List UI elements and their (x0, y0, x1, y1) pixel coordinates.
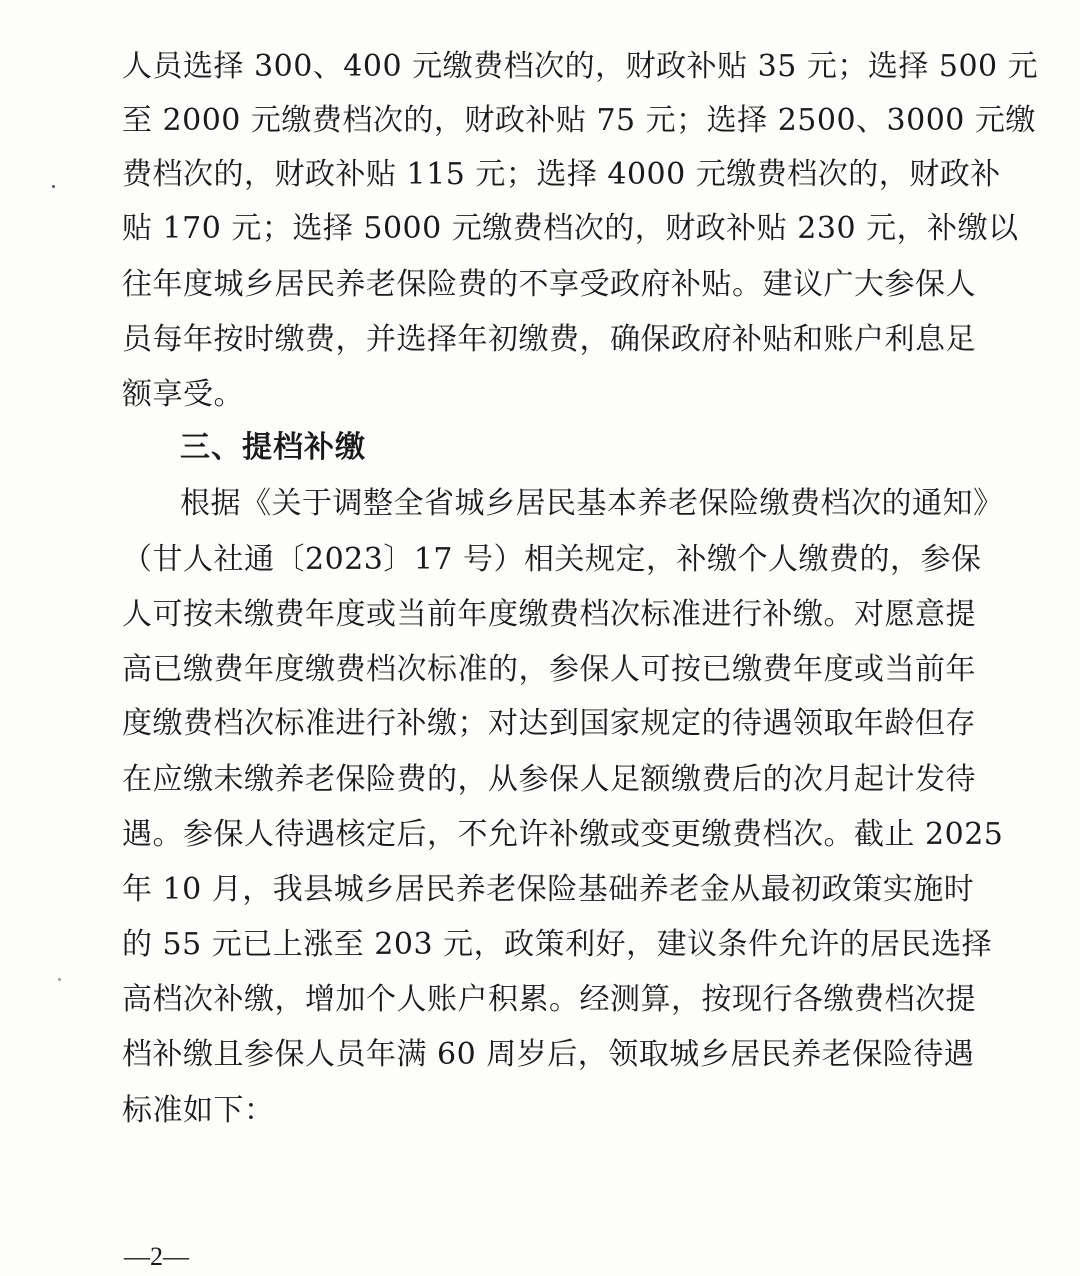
page-number: —2— (124, 1242, 189, 1272)
text-line: 员每年按时缴费，并选择年初缴费，确保政府补贴和账户利息足 (122, 320, 940, 360)
text-line: 的 55 元已上涨至 203 元，政策利好，建议条件允许的居民选择 (122, 925, 940, 965)
text-line: 根据《关于调整全省城乡居民基本养老保险缴费档次的通知》 (180, 484, 940, 524)
text-line: 贴 170 元；选择 5000 元缴费档次的，财政补贴 230 元，补缴以 (122, 209, 940, 249)
text-line: 人可按未缴费年度或当前年度缴费档次标准进行补缴。对愿意提 (122, 595, 940, 635)
text-line: 额享受。 (122, 375, 940, 415)
text-line: 遇。参保人待遇核定后，不允许补缴或变更缴费档次。截止 2025 (122, 815, 940, 855)
text-line: 高档次补缴，增加个人账户积累。经测算，按现行各缴费档次提 (122, 980, 940, 1020)
text-line: 度缴费档次标准进行补缴；对达到国家规定的待遇领取年龄但存 (122, 704, 940, 744)
section-heading: 三、提档补缴 (180, 428, 366, 468)
text-line: 往年度城乡居民养老保险费的不享受政府补贴。建议广大参保人 (122, 265, 940, 305)
text-line: （甘人社通〔2023〕17 号）相关规定，补缴个人缴费的，参保 (122, 540, 940, 580)
text-line: 费档次的，财政补贴 115 元；选择 4000 元缴费档次的，财政补 (122, 155, 940, 195)
text-line: 至 2000 元缴费档次的，财政补贴 75 元；选择 2500、3000 元缴 (122, 101, 940, 141)
text-line: 年 10 月，我县城乡居民养老保险基础养老金从最初政策实施时 (122, 870, 940, 910)
document-page: 人员选择 300、400 元缴费档次的，财政补贴 35 元；选择 500 元 至… (0, 0, 1080, 1276)
text-line: 档补缴且参保人员年满 60 周岁后，领取城乡居民养老保险待遇 (122, 1035, 940, 1075)
text-line: 高已缴费年度缴费档次标准的，参保人可按已缴费年度或当前年 (122, 650, 940, 690)
text-line: 标准如下： (122, 1091, 940, 1131)
scan-speck (58, 978, 61, 981)
text-line: 在应缴未缴养老保险费的，从参保人足额缴费后的次月起计发待 (122, 760, 940, 800)
text-line: 人员选择 300、400 元缴费档次的，财政补贴 35 元；选择 500 元 (122, 47, 940, 87)
scan-speck (52, 185, 55, 188)
